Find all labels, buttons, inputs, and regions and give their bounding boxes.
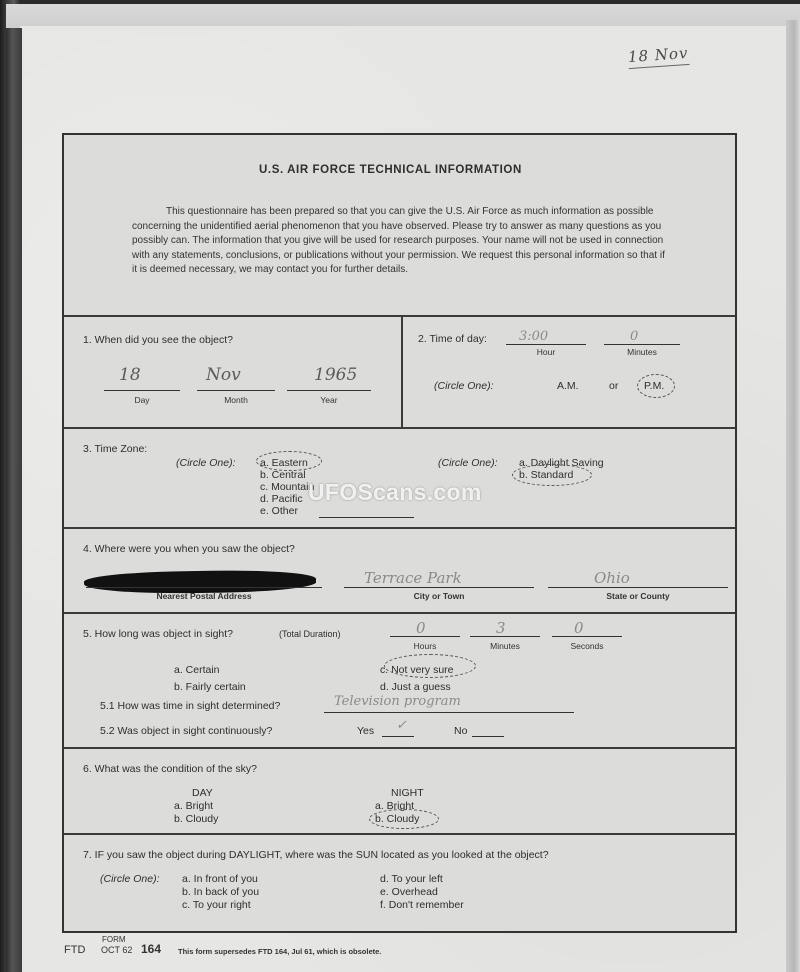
q52-yes-check[interactable]: ✓ xyxy=(396,718,407,733)
q52-no-line[interactable] xyxy=(472,736,504,737)
night-cloudy-selection-circle xyxy=(369,809,439,829)
q1-day-line xyxy=(104,390,180,391)
q5-minutes-value[interactable]: 3 xyxy=(496,619,506,637)
intro-paragraph: This questionnaire has been prepared so … xyxy=(132,205,672,278)
q5-option-fairly-certain[interactable]: b. Fairly certain xyxy=(174,681,246,693)
q2-hour-value[interactable]: 3:00 xyxy=(519,329,548,344)
q7-option-left[interactable]: d. To your left xyxy=(380,873,443,885)
q1-month-line xyxy=(197,390,275,391)
q4-state-value[interactable]: Ohio xyxy=(594,569,630,587)
questionnaire-form: U.S. AIR FORCE TECHNICAL INFORMATION Thi… xyxy=(62,133,737,933)
q2-hour-line xyxy=(506,344,586,345)
q2-minutes-value[interactable]: 0 xyxy=(630,329,638,344)
q2-or: or xyxy=(609,380,618,392)
q5-hours-value[interactable]: 0 xyxy=(416,619,426,637)
q1-day-label: Day xyxy=(104,395,180,405)
form-title: U.S. AIR FORCE TECHNICAL INFORMATION xyxy=(259,164,522,176)
intro-text: This questionnaire has been prepared so … xyxy=(132,205,672,278)
q3-other-line xyxy=(319,517,414,518)
q1-month-label: Month xyxy=(197,395,275,405)
q52-question: 5.2 Was object in sight continuously? xyxy=(100,725,272,737)
q6-question: 6. What was the condition of the sky? xyxy=(83,763,257,775)
q3-zone-pacific[interactable]: d. Pacific xyxy=(260,493,303,505)
q5-minutes-label: Minutes xyxy=(470,641,540,651)
q6-night-header: NIGHT xyxy=(391,787,424,799)
section-time-zone: 3. Time Zone: (Circle One): a. Eastern b… xyxy=(64,429,735,529)
q7-option-back[interactable]: b. In back of you xyxy=(182,886,259,898)
q3-zone-mountain[interactable]: c. Mountain xyxy=(260,481,314,493)
watermark: UFOScans.com xyxy=(308,479,482,506)
footer-form-label: FORM xyxy=(102,935,126,944)
q7-option-dont-remember[interactable]: f. Don't remember xyxy=(380,899,464,911)
q4-state-line xyxy=(548,587,728,588)
footer-date: OCT 62 xyxy=(101,945,132,955)
scan-right-edge xyxy=(786,20,800,972)
q52-no-label: No xyxy=(454,725,467,737)
section-date-time: 1. When did you see the object? 18 Day N… xyxy=(64,317,735,429)
q2-am-option[interactable]: A.M. xyxy=(557,380,579,392)
q6-day-bright[interactable]: a. Bright xyxy=(174,800,213,812)
q51-question: 5.1 How was time in sight determined? xyxy=(100,700,280,712)
vertical-divider xyxy=(401,317,403,427)
q5-seconds-label: Seconds xyxy=(552,641,622,651)
standard-selection-circle xyxy=(512,464,592,486)
q52-yes-label: Yes xyxy=(357,725,374,737)
q1-year-line xyxy=(287,390,371,391)
scan-left-edge xyxy=(6,28,22,972)
q3-circle-one-type: (Circle One): xyxy=(438,457,498,469)
q7-option-right[interactable]: c. To your right xyxy=(182,899,251,911)
q5-option-just-a-guess[interactable]: d. Just a guess xyxy=(380,681,451,693)
scan-top-edge xyxy=(6,4,800,28)
q5-hours-label: Hours xyxy=(390,641,460,651)
q5-question-note: (Total Duration) xyxy=(279,629,341,639)
q1-year-label: Year xyxy=(287,395,371,405)
q4-city-line xyxy=(344,587,534,588)
not-very-sure-selection-circle xyxy=(384,654,476,678)
q4-state-label: State or County xyxy=(548,591,728,601)
q2-question: 2. Time of day: xyxy=(418,333,487,345)
q3-circle-one-zone: (Circle One): xyxy=(176,457,236,469)
q5-question: 5. How long was object in sight? xyxy=(83,628,233,640)
q7-option-front[interactable]: a. In front of you xyxy=(182,873,258,885)
q4-city-value[interactable]: Terrace Park xyxy=(364,569,462,587)
q2-minutes-label: Minutes xyxy=(604,347,680,357)
q5-seconds-line xyxy=(552,636,622,637)
q5-seconds-value[interactable]: 0 xyxy=(574,619,584,637)
q7-option-overhead[interactable]: e. Overhead xyxy=(380,886,438,898)
section-duration: 5. How long was object in sight? (Total … xyxy=(64,614,735,749)
q4-address-label: Nearest Postal Address xyxy=(86,591,322,601)
q4-question: 4. Where were you when you saw the objec… xyxy=(83,543,295,555)
q2-circle-one: (Circle One): xyxy=(434,380,494,392)
q4-address-line xyxy=(86,587,322,588)
q1-day-value[interactable]: 18 xyxy=(119,365,141,385)
q5-minutes-line xyxy=(470,636,540,637)
q2-minutes-line xyxy=(604,344,680,345)
q6-day-header: DAY xyxy=(192,787,213,799)
header-section: U.S. AIR FORCE TECHNICAL INFORMATION Thi… xyxy=(64,135,735,317)
section-location: 4. Where were you when you saw the objec… xyxy=(64,529,735,614)
q3-zone-other[interactable]: e. Other xyxy=(260,505,298,517)
q4-city-label: City or Town xyxy=(344,591,534,601)
q52-yes-line xyxy=(382,736,414,737)
pm-selection-circle xyxy=(637,374,675,398)
q1-month-value[interactable]: Nov xyxy=(206,365,241,385)
section-sky: 6. What was the condition of the sky? DA… xyxy=(64,749,735,835)
footer-form-number: 164 xyxy=(141,942,161,956)
q5-hours-line xyxy=(390,636,460,637)
q1-question: 1. When did you see the object? xyxy=(83,334,233,346)
footer-note: This form supersedes FTD 164, Jul 61, wh… xyxy=(178,947,381,956)
q5-option-certain[interactable]: a. Certain xyxy=(174,664,220,676)
section-sun-position: 7. IF you saw the object during DAYLIGHT… xyxy=(64,835,735,931)
q7-circle-one: (Circle One): xyxy=(100,873,160,885)
eastern-selection-circle xyxy=(256,451,322,471)
q3-question: 3. Time Zone: xyxy=(83,443,147,455)
footer-ftd: FTD xyxy=(64,944,85,956)
q2-hour-label: Hour xyxy=(506,347,586,357)
q51-answer[interactable]: Television program xyxy=(334,694,461,709)
q51-line xyxy=(324,712,574,713)
q1-year-value[interactable]: 1965 xyxy=(314,365,357,385)
q6-day-cloudy[interactable]: b. Cloudy xyxy=(174,813,218,825)
q7-question: 7. IF you saw the object during DAYLIGHT… xyxy=(83,849,549,861)
corner-annotation: 18 Nov xyxy=(627,44,689,69)
